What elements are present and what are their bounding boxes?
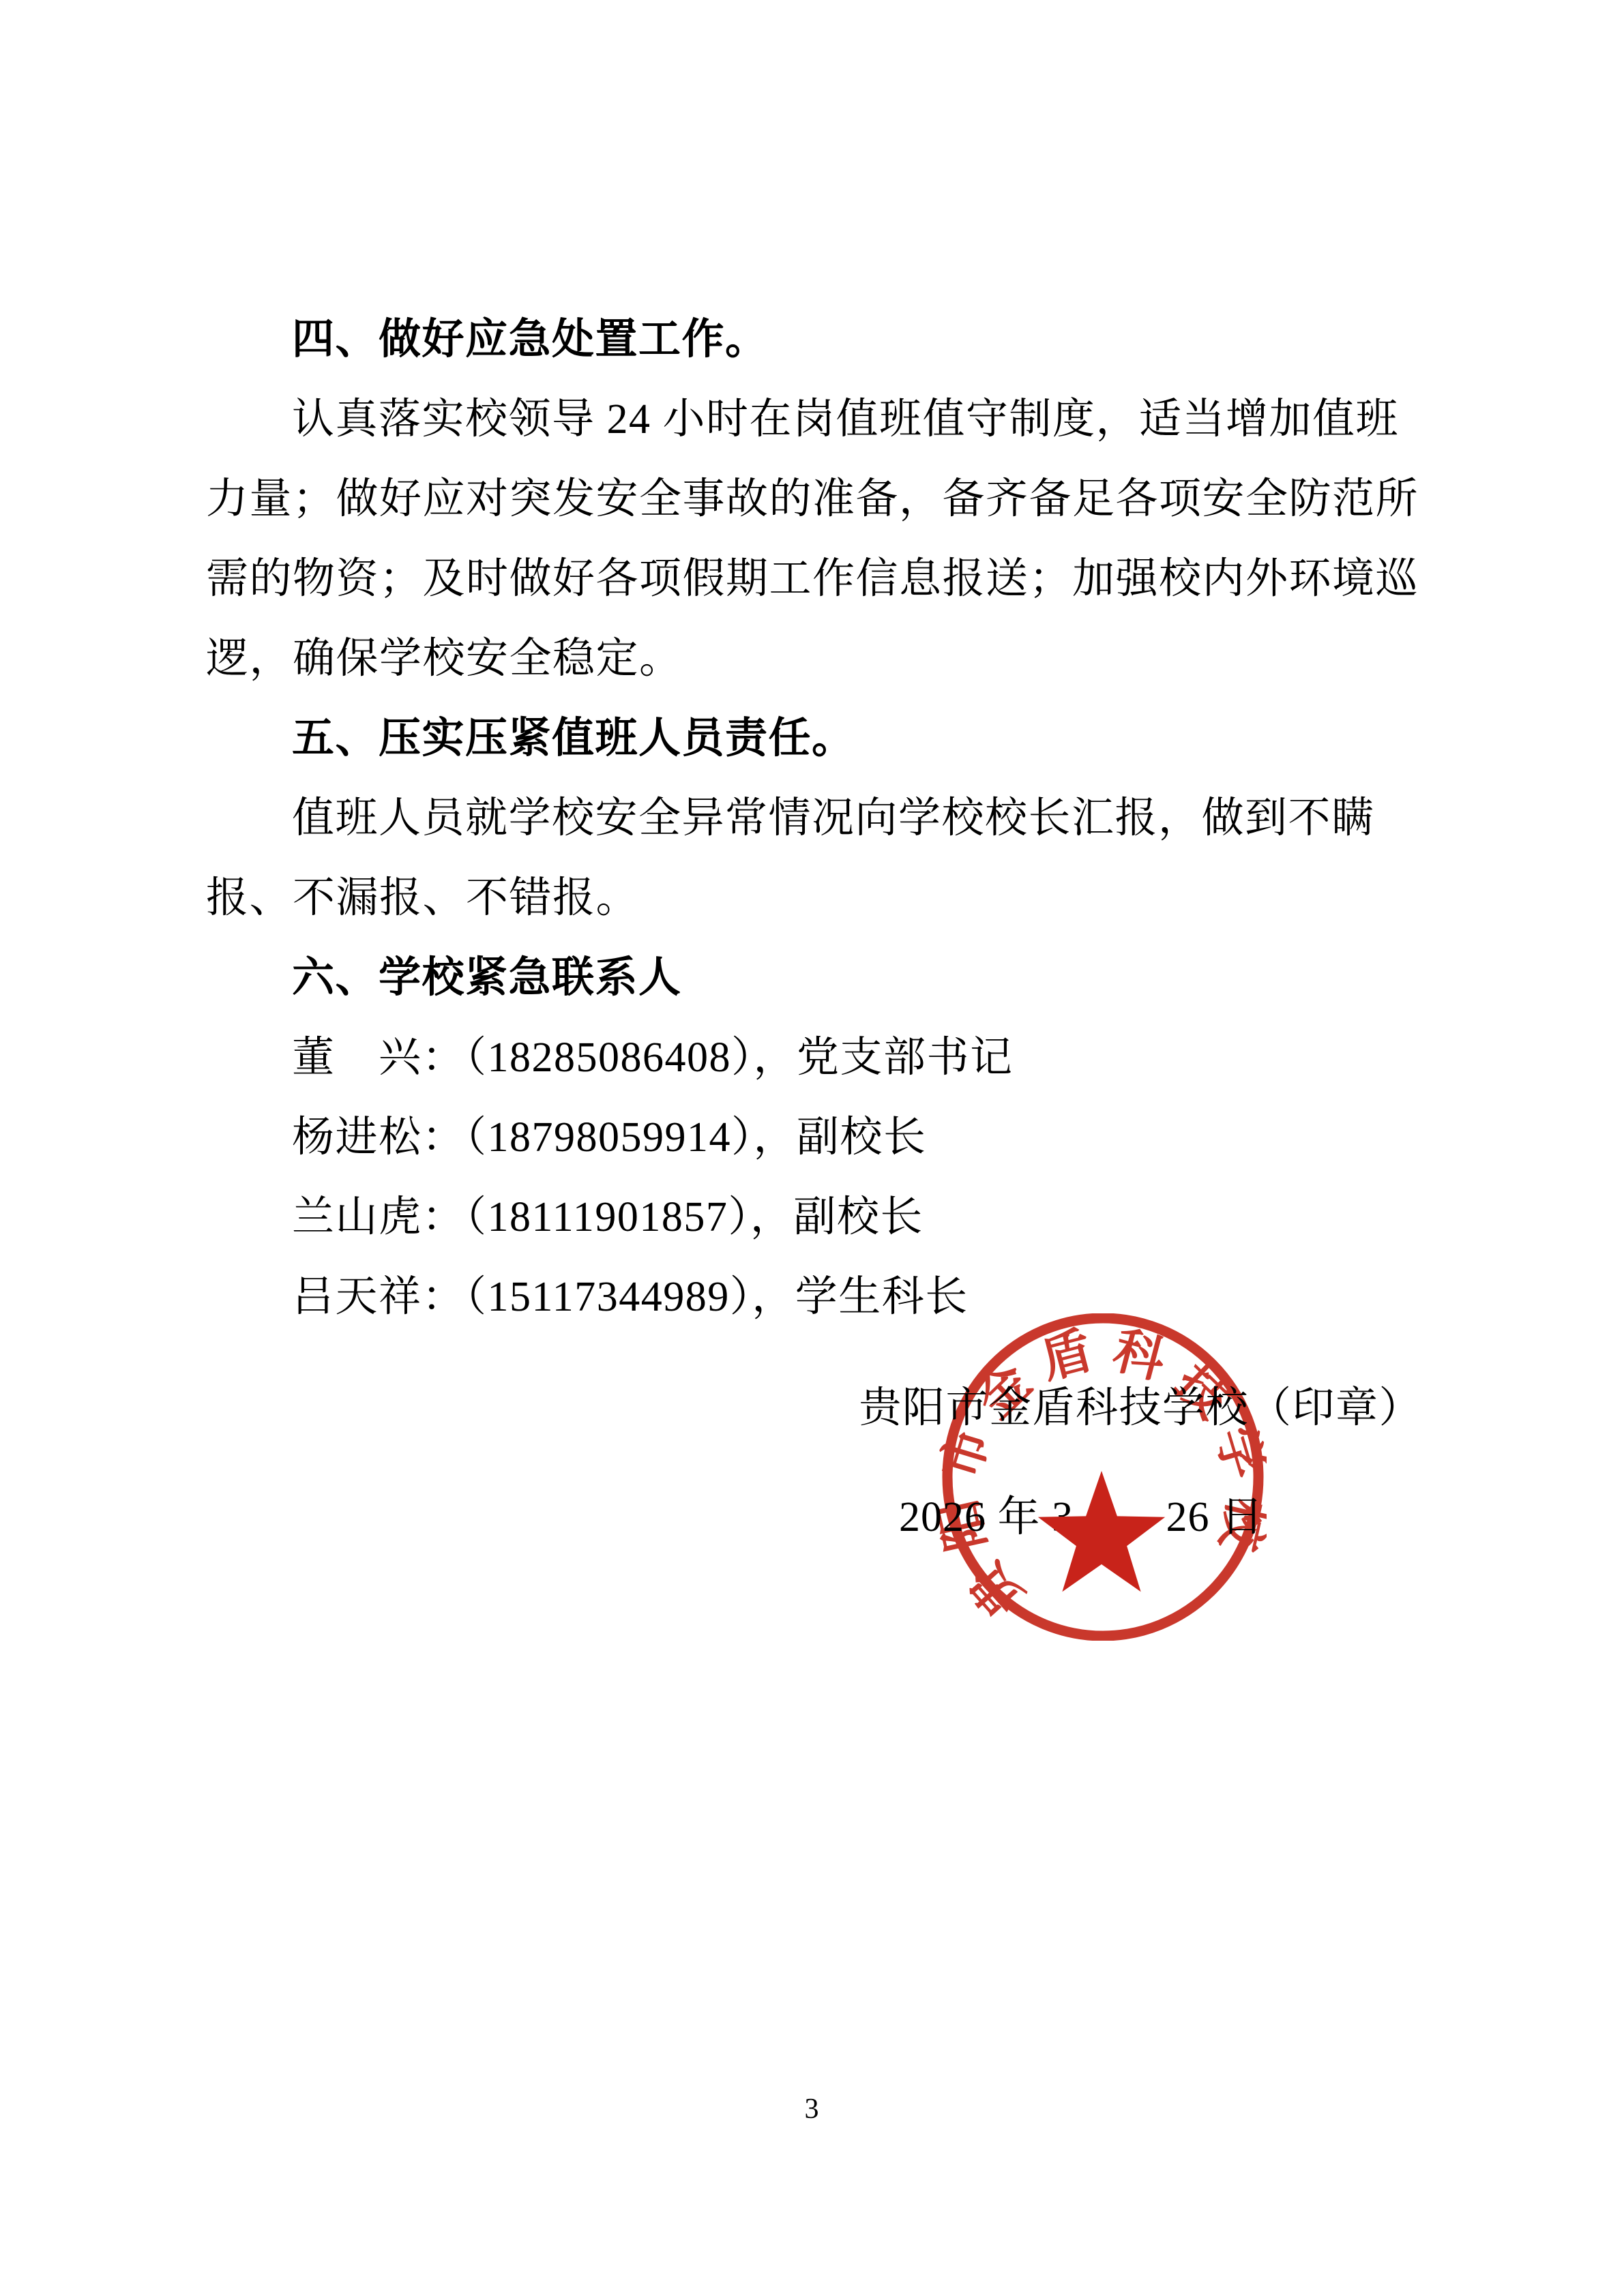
paragraph-line: 认真落实校领导 24 小时在岗值班值守制度，适当增加值班: [206, 380, 1427, 460]
seal-char: 贵: [957, 1549, 1034, 1626]
contact-line: 兰山虎：（18111901857），副校长: [206, 1178, 1427, 1257]
paragraph-line: 力量；做好应对突发安全事故的准备，备齐备足各项安全防范所: [206, 460, 1427, 539]
signature-date-left: 2026 年 3: [899, 1490, 1074, 1545]
paragraph-line: 需的物资；及时做好各项假期工作信息报送；加强校内外环境巡: [206, 539, 1427, 619]
paragraph-line: 逻，确保学校安全稳定。: [206, 619, 1427, 699]
section-heading: 四、做好应急处置工作。: [206, 300, 1427, 380]
signature-date-line: 2026 年 3 26 日: [899, 1490, 1264, 1545]
school-seal-stamp: 贵 阳 市 金 盾 科 技 学 校: [939, 1313, 1267, 1641]
document-page: 四、做好应急处置工作。 认真落实校领导 24 小时在岗值班值守制度，适当增加值班…: [0, 0, 1624, 2296]
page-number: 3: [0, 2092, 1624, 2126]
star-icon: [939, 1313, 1267, 1641]
contact-line: 董 兴：（18285086408），党支部书记: [206, 1018, 1427, 1098]
seal-ring: 贵 阳 市 金 盾 科 技 学 校: [939, 1313, 1267, 1641]
signature-date-right: 26 日: [1166, 1490, 1264, 1545]
paragraph-line: 值班人员就学校安全异常情况向学校校长汇报，做到不瞒: [206, 779, 1427, 859]
document-body: 四、做好应急处置工作。 认真落实校领导 24 小时在岗值班值守制度，适当增加值班…: [206, 300, 1427, 1337]
contact-line: 吕天祥：（15117344989），学生科长: [206, 1257, 1427, 1337]
section-heading: 五、压实压紧值班人员责任。: [206, 699, 1427, 779]
signature-school-line: 贵阳市金盾科技学校（印章）: [859, 1381, 1422, 1435]
paragraph-line: 报、不漏报、不错报。: [206, 859, 1427, 938]
section-heading: 六、学校紧急联系人: [206, 938, 1427, 1018]
contact-line: 杨进松：（18798059914），副校长: [206, 1098, 1427, 1178]
